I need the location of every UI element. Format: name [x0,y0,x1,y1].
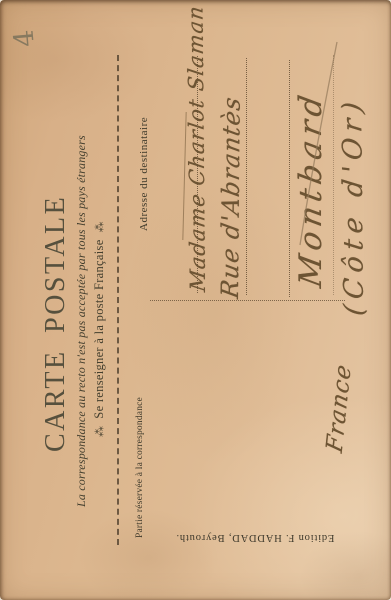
postcard-title: CARTE POSTALE [41,172,70,452]
handwritten-street: Rue d'Abrantès [218,84,245,300]
address-rule-line [246,58,247,295]
pencil-number: 4 [9,6,41,48]
info-text: Se renseigner à la poste Française [92,239,106,418]
postcard-scan: CARTE POSTALE La correspondance au recto… [0,0,391,600]
notice-line: La correspondance au recto n'est pas acc… [75,87,88,507]
fleuron-right-icon: ⁂ [93,221,106,232]
address-header-label: Adresse du destinataire [139,101,151,231]
publisher-imprint: Edition F. HADDAD, Beyrouth. [162,532,348,543]
header-divider-dashed-line [117,55,119,545]
info-line: ⁂Se renseigner à la poste Française⁂ [93,170,106,444]
fleuron-left-icon: ⁂ [93,426,106,437]
handwritten-city: Montbard [295,59,328,290]
address-rule-line [289,60,290,297]
handwritten-department: (Côte d'Or) [339,56,370,317]
center-divider-dotted-line [150,300,345,301]
handwritten-recipient: Madame Charlot Slaman [185,12,209,293]
address-rule-line [333,55,334,295]
correspondence-label: Partie réservée à la correspondance [136,380,146,538]
